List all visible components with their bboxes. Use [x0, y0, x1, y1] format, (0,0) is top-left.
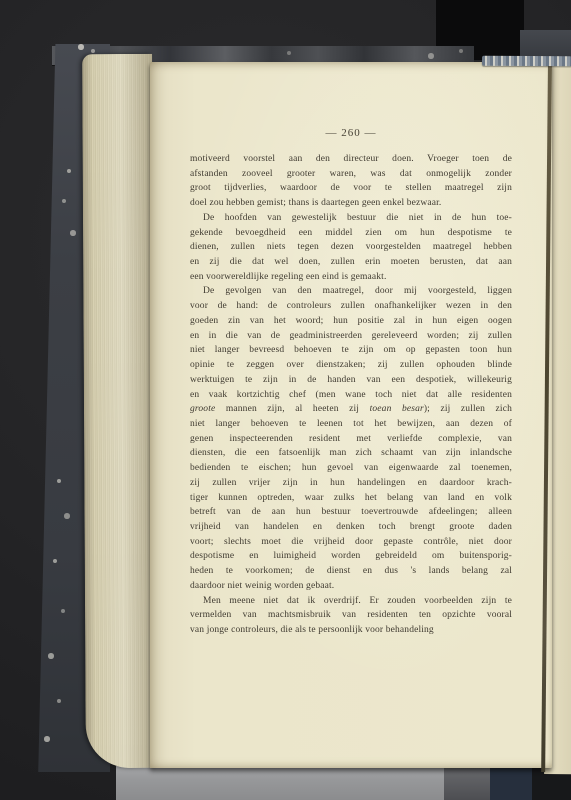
- text-line: doel zou hebben gemist; thans is daarteg…: [190, 196, 512, 211]
- text-line: afstanden zooveel grooter waren, was dat…: [190, 167, 512, 182]
- text-line: van jonge controleurs, die als te persoo…: [190, 623, 512, 638]
- text-line: en in die van de geadministreerden gerel…: [190, 329, 512, 344]
- page-content: — 260 — motiveerd voorstel aan den direc…: [190, 126, 512, 638]
- table-shadow-patch: [444, 766, 490, 800]
- text-line: opinie te zeggen over dienstzaken; zij z…: [190, 358, 512, 373]
- text-line: bedienden te eischen; hun gevoel van eig…: [190, 461, 512, 476]
- text-line: genen inspecteerenden resident met verli…: [190, 432, 512, 447]
- text-line: De hoofden van gewestelijk bestuur die n…: [190, 211, 512, 226]
- text-line: groote mannen zijn, al heeten zij toean …: [190, 402, 512, 417]
- text-block: motiveerd voorstel aan den directeur doe…: [190, 152, 512, 638]
- text-line: heden te voorkomen; de dienst en dus 's …: [190, 564, 512, 579]
- text-line: dienen, zullen niets tegen dezen voorges…: [190, 240, 512, 255]
- text-line: goeden zin van het woord; hun positie za…: [190, 314, 512, 329]
- text-line: zij zullen vrijer zijn in hun handelinge…: [190, 476, 512, 491]
- book-headband: [482, 56, 571, 67]
- text-line: motiveerd voorstel aan den directeur doe…: [190, 152, 512, 167]
- text-line: een voorwereldlijke regeling een eind is…: [190, 270, 512, 285]
- text-line: betreft van de aan hun bestuur toevertro…: [190, 505, 512, 520]
- text-line: De gevolgen van den maatregel, door mij …: [190, 284, 512, 299]
- text-line: groot tijdverlies, waardoor de voor te s…: [190, 181, 512, 196]
- page-number-heading: — 260 —: [190, 126, 512, 140]
- text-line: despotisme en luimigheid worden gebreide…: [190, 549, 512, 564]
- text-line: voort; slechts moet die vrijheid door ge…: [190, 535, 512, 550]
- text-line: niet langer behoeven te leenen tot het b…: [190, 417, 512, 432]
- text-line: tiger kunnen optreden, waar zulks het be…: [190, 491, 512, 506]
- text-line: en zij die dat wel doen, zullen erin moe…: [190, 255, 512, 270]
- text-line: niet langer bevreesd behoeven te zijn om…: [190, 343, 512, 358]
- text-line: vermelden van machtsmisbruik van residen…: [190, 608, 512, 623]
- text-line: en vaak kortzichtig chef (men wane toch …: [190, 388, 512, 403]
- text-line: Men meene niet dat ik overdrijf. Er zoud…: [190, 594, 512, 609]
- text-line: daardoor niet weinig worden gebaat.: [190, 579, 512, 594]
- cover-scuff-marks: [0, 0, 2, 2]
- page-stack-fore-edge: [82, 54, 156, 768]
- text-line: diensten, die een fatsoenlijk man zich s…: [190, 446, 512, 461]
- text-line: voor de hand: de controleurs zullen onaf…: [190, 299, 512, 314]
- text-line: werktuigen te zijn in de handen van een …: [190, 373, 512, 388]
- text-line: gekende bevoegdheid een middel zien om h…: [190, 226, 512, 241]
- text-line: vrijheid van handelen en denken toch bre…: [190, 520, 512, 535]
- table-navy-patch: [490, 766, 532, 800]
